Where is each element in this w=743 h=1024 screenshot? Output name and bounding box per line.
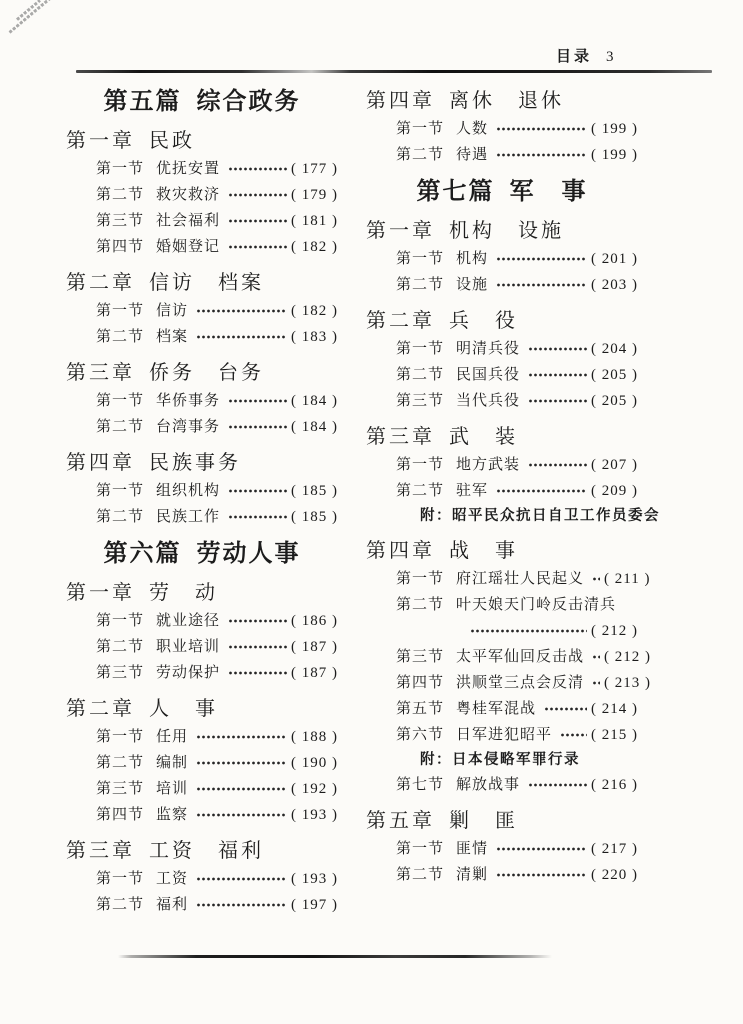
- section-label: 第三节: [96, 776, 144, 802]
- toc-entry: 第二节台湾事务( 184 ): [66, 414, 338, 440]
- toc-entry: 第一节工资( 193 ): [66, 866, 338, 892]
- page-number: ( 184 ): [291, 388, 338, 414]
- dot-leader: [228, 192, 287, 198]
- section-label: 第二节: [396, 272, 444, 298]
- page-number: ( 214 ): [591, 696, 638, 722]
- toc-entry: 第一节华侨事务( 184 ): [66, 388, 338, 414]
- entry-title: 府江瑶壮人民起义: [456, 566, 584, 592]
- toc-entry: 第二节档案( 183 ): [66, 324, 338, 350]
- toc-entry: 第二节救灾救济( 179 ): [66, 182, 338, 208]
- toc-entry: 第一节明清兵役( 204 ): [366, 336, 638, 362]
- entry-title: 组织机构: [156, 478, 220, 504]
- page-number: ( 187 ): [291, 660, 338, 686]
- chapter-heading: 第二章人 事: [66, 696, 338, 722]
- header-title: 目录: [556, 48, 592, 65]
- dot-leader: [496, 152, 587, 158]
- entry-title: 当代兵役: [456, 388, 520, 414]
- section-label: 第一节: [96, 156, 144, 182]
- entry-title: 驻军: [456, 478, 488, 504]
- page-number: ( 205 ): [591, 362, 638, 388]
- section-label: 第一节: [396, 116, 444, 142]
- page-number: ( 212 ): [591, 618, 638, 644]
- chapter-label: 第五章: [366, 808, 435, 834]
- dot-leader: [544, 706, 587, 712]
- page-number: ( 185 ): [291, 478, 338, 504]
- dot-leader: [592, 680, 600, 686]
- toc-entry: 第一节任用( 188 ): [66, 724, 338, 750]
- entry-title: 职业培训: [156, 634, 220, 660]
- dot-leader: [496, 126, 587, 132]
- entry-title: 培训: [156, 776, 188, 802]
- toc-entry: 第二节职业培训( 187 ): [66, 634, 338, 660]
- toc-entry: 第六节日军进犯昭平( 215 ): [366, 722, 638, 748]
- chapter-heading: 第一章机构 设施: [366, 218, 638, 244]
- page-number: ( 184 ): [291, 414, 338, 440]
- section-label: 第四节: [396, 670, 444, 696]
- dot-leader: [496, 488, 587, 494]
- section-label: 第三节: [96, 208, 144, 234]
- section-label: 第二节: [96, 504, 144, 530]
- entry-title: 编制: [156, 750, 188, 776]
- page-number: ( 179 ): [291, 182, 338, 208]
- page-number: ( 182 ): [291, 298, 338, 324]
- chapter-heading: 第三章武 装: [366, 424, 638, 450]
- toc-entry: 第二节民族工作( 185 ): [66, 504, 338, 530]
- dot-leader: [196, 876, 287, 882]
- entry-title: 太平军仙回反击战: [456, 644, 584, 670]
- page-number: ( 187 ): [291, 634, 338, 660]
- toc-entry: 第一节优抚安置( 177 ): [66, 156, 338, 182]
- toc-entry: 第一节机构( 201 ): [366, 246, 638, 272]
- section-label: 第七节: [396, 772, 444, 798]
- section-label: 第一节: [396, 336, 444, 362]
- dot-leader: [196, 308, 287, 314]
- page-number: ( 177 ): [291, 156, 338, 182]
- part-label: 第六篇: [104, 538, 182, 570]
- page-number: ( 182 ): [291, 234, 338, 260]
- chapter-title: 工资 福利: [149, 838, 264, 864]
- page-number: ( 216 ): [591, 772, 638, 798]
- page-number: ( 188 ): [291, 724, 338, 750]
- dot-leader: [496, 872, 587, 878]
- entry-title: 社会福利: [156, 208, 220, 234]
- chapter-heading: 第三章工资 福利: [66, 838, 338, 864]
- entry-title: 清剿: [456, 862, 488, 888]
- toc-entry: 第三节培训( 192 ): [66, 776, 338, 802]
- chapter-title: 侨务 台务: [149, 360, 264, 386]
- corner-watermark: [4, 0, 56, 35]
- section-label: 第三节: [96, 660, 144, 686]
- section-label: 第六节: [396, 722, 444, 748]
- section-label: 第三节: [396, 388, 444, 414]
- dot-leader: [228, 670, 287, 676]
- chapter-label: 第三章: [66, 360, 135, 386]
- page-number: ( 209 ): [591, 478, 638, 504]
- dot-leader: [228, 514, 287, 520]
- section-label: 第二节: [96, 634, 144, 660]
- entry-title: 华侨事务: [156, 388, 220, 414]
- dot-leader: [470, 628, 587, 634]
- toc-entry: 第一节府江瑶壮人民起义( 211 ): [366, 566, 638, 592]
- page-number: ( 186 ): [291, 608, 338, 634]
- section-label: 第二节: [96, 414, 144, 440]
- page-number: ( 212 ): [604, 644, 651, 670]
- entry-title: 洪顺堂三点会反清: [456, 670, 584, 696]
- chapter-label: 第二章: [366, 308, 435, 334]
- entry-title: 福利: [156, 892, 188, 918]
- entry-title: 地方武装: [456, 452, 520, 478]
- section-label: 第二节: [396, 478, 444, 504]
- part-label: 第五篇: [104, 86, 182, 118]
- page-number: ( 197 ): [291, 892, 338, 918]
- entry-title: 人数: [456, 116, 488, 142]
- section-label: 第二节: [96, 892, 144, 918]
- entry-title: 明清兵役: [456, 336, 520, 362]
- toc-entry: 第三节社会福利( 181 ): [66, 208, 338, 234]
- dot-leader: [592, 654, 600, 660]
- part-heading: 第六篇劳动人事: [66, 538, 338, 570]
- entry-title: 待遇: [456, 142, 488, 168]
- dot-leader: [196, 902, 287, 908]
- chapter-title: 战 事: [449, 538, 518, 564]
- page-number: ( 215 ): [591, 722, 638, 748]
- chapter-heading: 第四章民族事务: [66, 450, 338, 476]
- toc-entry: 第四节洪顺堂三点会反清( 213 ): [366, 670, 638, 696]
- chapter-label: 第一章: [366, 218, 435, 244]
- entry-title: 信访: [156, 298, 188, 324]
- part-heading: 第五篇综合政务: [66, 86, 338, 118]
- chapter-label: 第三章: [66, 838, 135, 864]
- toc-entry: 第四节监察( 193 ): [66, 802, 338, 828]
- part-title: 劳动人事: [197, 538, 301, 570]
- section-label: 第一节: [396, 566, 444, 592]
- page-number: ( 201 ): [591, 246, 638, 272]
- entry-title: 监察: [156, 802, 188, 828]
- page-number: ( 181 ): [291, 208, 338, 234]
- dot-leader: [528, 398, 587, 404]
- toc-entry: 第四节婚姻登记( 182 ): [66, 234, 338, 260]
- chapter-heading: 第三章侨务 台务: [66, 360, 338, 386]
- dot-leader: [196, 760, 287, 766]
- section-label: 第一节: [96, 608, 144, 634]
- page-number: ( 199 ): [591, 116, 638, 142]
- toc-entry: 第二节叶天娘天门岭反击清兵: [366, 592, 638, 618]
- section-label: 第一节: [96, 724, 144, 750]
- entry-title: 解放战事: [456, 772, 520, 798]
- page-number: ( 203 ): [591, 272, 638, 298]
- page-number: ( 217 ): [591, 836, 638, 862]
- section-label: 第二节: [396, 862, 444, 888]
- section-label: 第一节: [96, 866, 144, 892]
- section-label: 第一节: [396, 836, 444, 862]
- entry-title: 粤桂军混战: [456, 696, 536, 722]
- dot-leader: [228, 424, 287, 430]
- section-label: 第一节: [96, 388, 144, 414]
- section-label: 第二节: [396, 362, 444, 388]
- chapter-label: 第一章: [66, 580, 135, 606]
- entry-title: 匪情: [456, 836, 488, 862]
- dot-leader: [228, 618, 287, 624]
- dot-leader: [228, 166, 287, 172]
- dot-leader: [528, 346, 587, 352]
- section-label: 第五节: [396, 696, 444, 722]
- chapter-heading: 第四章离休 退休: [366, 88, 638, 114]
- toc-column-left: 第五篇综合政务第一章民政第一节优抚安置( 177 )第二节救灾救济( 179 )…: [66, 78, 338, 918]
- toc-entry: 第三节太平军仙回反击战( 212 ): [366, 644, 638, 670]
- page-number: ( 190 ): [291, 750, 338, 776]
- chapter-title: 武 装: [449, 424, 518, 450]
- chapter-heading: 第二章兵 役: [366, 308, 638, 334]
- dot-leader: [228, 218, 287, 224]
- toc-entry: 第二节驻军( 209 ): [366, 478, 638, 504]
- part-title: 综合政务: [197, 86, 301, 118]
- footer-rule: [118, 955, 552, 958]
- section-label: 第四节: [96, 234, 144, 260]
- entry-title: 日军进犯昭平: [456, 722, 552, 748]
- dot-leader: [528, 462, 587, 468]
- toc-entry: 第七节解放战事( 216 ): [366, 772, 638, 798]
- entry-title: 档案: [156, 324, 188, 350]
- chapter-title: 机构 设施: [449, 218, 564, 244]
- chapter-label: 第四章: [66, 450, 135, 476]
- page-number: ( 185 ): [291, 504, 338, 530]
- toc-entry: 第三节当代兵役( 205 ): [366, 388, 638, 414]
- dot-leader: [528, 372, 587, 378]
- chapter-title: 人 事: [149, 696, 218, 722]
- chapter-title: 信访 档案: [149, 270, 264, 296]
- toc-entry: 第一节信访( 182 ): [66, 298, 338, 324]
- entry-title: 台湾事务: [156, 414, 220, 440]
- page-number: ( 211 ): [604, 566, 650, 592]
- chapter-label: 第四章: [366, 88, 435, 114]
- chapter-title: 离休 退休: [449, 88, 564, 114]
- toc-entry: 第二节清剿( 220 ): [366, 862, 638, 888]
- toc-entry: 第五节粤桂军混战( 214 ): [366, 696, 638, 722]
- header-rule: [76, 70, 712, 73]
- dot-leader: [228, 488, 287, 494]
- section-label: 第二节: [96, 750, 144, 776]
- toc-entry: 第一节组织机构( 185 ): [66, 478, 338, 504]
- toc-entry: 第二节福利( 197 ): [66, 892, 338, 918]
- entry-title: 救灾救济: [156, 182, 220, 208]
- toc-entry: 第三节劳动保护( 187 ): [66, 660, 338, 686]
- toc-entry: 第二节编制( 190 ): [66, 750, 338, 776]
- chapter-title: 劳 动: [149, 580, 218, 606]
- page-number: ( 192 ): [291, 776, 338, 802]
- entry-title: 就业途径: [156, 608, 220, 634]
- entry-title: 民国兵役: [456, 362, 520, 388]
- page-number: ( 199 ): [591, 142, 638, 168]
- toc-entry: 第二节民国兵役( 205 ): [366, 362, 638, 388]
- toc-entry: 第二节设施( 203 ): [366, 272, 638, 298]
- dot-leader: [196, 334, 287, 340]
- chapter-label: 第二章: [66, 270, 135, 296]
- section-label: 第二节: [396, 592, 444, 618]
- chapter-title: 民族事务: [149, 450, 241, 476]
- dot-leader: [496, 846, 587, 852]
- section-label: 第二节: [96, 182, 144, 208]
- section-label: 第一节: [396, 246, 444, 272]
- section-label: 第一节: [96, 478, 144, 504]
- chapter-title: 民政: [149, 128, 195, 154]
- page-number: ( 205 ): [591, 388, 638, 414]
- entry-title: 叶天娘天门岭反击清兵: [456, 592, 616, 618]
- page-number: ( 204 ): [591, 336, 638, 362]
- toc-entry: 第一节就业途径( 186 ): [66, 608, 338, 634]
- page-number: ( 213 ): [604, 670, 651, 696]
- dot-leader: [560, 732, 587, 738]
- toc-column-right: 第四章离休 退休第一节人数( 199 )第二节待遇( 199 )第七篇军 事第一…: [366, 78, 638, 888]
- page-number: ( 193 ): [291, 802, 338, 828]
- chapter-heading: 第二章信访 档案: [66, 270, 338, 296]
- scanned-toc-page: 目录3 第五篇综合政务第一章民政第一节优抚安置( 177 )第二节救灾救济( 1…: [0, 0, 743, 1024]
- entry-title: 机构: [456, 246, 488, 272]
- dot-leader: [196, 734, 287, 740]
- section-label: 第三节: [396, 644, 444, 670]
- entry-title: 工资: [156, 866, 188, 892]
- chapter-heading: 第四章战 事: [366, 538, 638, 564]
- chapter-title: 剿 匪: [449, 808, 518, 834]
- chapter-heading: 第五章剿 匪: [366, 808, 638, 834]
- entry-title: 设施: [456, 272, 488, 298]
- toc-entry: 第二节待遇( 199 ): [366, 142, 638, 168]
- entry-title: 优抚安置: [156, 156, 220, 182]
- section-label: 第二节: [396, 142, 444, 168]
- page-number: ( 183 ): [291, 324, 338, 350]
- dot-leader: [228, 644, 287, 650]
- toc-entry: 第一节匪情( 217 ): [366, 836, 638, 862]
- page-number: ( 193 ): [291, 866, 338, 892]
- entry-title: 民族工作: [156, 504, 220, 530]
- chapter-title: 兵 役: [449, 308, 518, 334]
- entry-title: 婚姻登记: [156, 234, 220, 260]
- chapter-label: 第二章: [66, 696, 135, 722]
- section-label: 第一节: [396, 452, 444, 478]
- entry-title: 任用: [156, 724, 188, 750]
- toc-entry: 第一节人数( 199 ): [366, 116, 638, 142]
- toc-entry: 第一节地方武装( 207 ): [366, 452, 638, 478]
- chapter-label: 第一章: [66, 128, 135, 154]
- section-label: 第一节: [96, 298, 144, 324]
- section-label: 第二节: [96, 324, 144, 350]
- dot-leader: [496, 256, 587, 262]
- header-page-number: 3: [606, 49, 615, 65]
- dot-leader: [528, 782, 587, 788]
- page-number: ( 207 ): [591, 452, 638, 478]
- chapter-heading: 第一章民政: [66, 128, 338, 154]
- part-heading: 第七篇军 事: [366, 176, 638, 208]
- page-number: ( 220 ): [591, 862, 638, 888]
- dot-leader: [592, 576, 600, 582]
- entry-title: 劳动保护: [156, 660, 220, 686]
- appendix-note: 附：昭平民众抗日自卫工作员委会: [366, 504, 638, 528]
- part-title: 军 事: [510, 176, 588, 208]
- appendix-note: 附：日本侵略军罪行录: [366, 748, 638, 772]
- dot-leader: [196, 812, 287, 818]
- chapter-label: 第四章: [366, 538, 435, 564]
- dot-leader: [196, 786, 287, 792]
- chapter-label: 第三章: [366, 424, 435, 450]
- dot-leader: [496, 282, 587, 288]
- part-label: 第七篇: [417, 176, 495, 208]
- section-label: 第四节: [96, 802, 144, 828]
- chapter-heading: 第一章劳 动: [66, 580, 338, 606]
- dot-leader: [228, 244, 287, 250]
- toc-entry-continuation: ( 212 ): [366, 618, 638, 644]
- page-header: 目录3: [556, 45, 615, 66]
- dot-leader: [228, 398, 287, 404]
